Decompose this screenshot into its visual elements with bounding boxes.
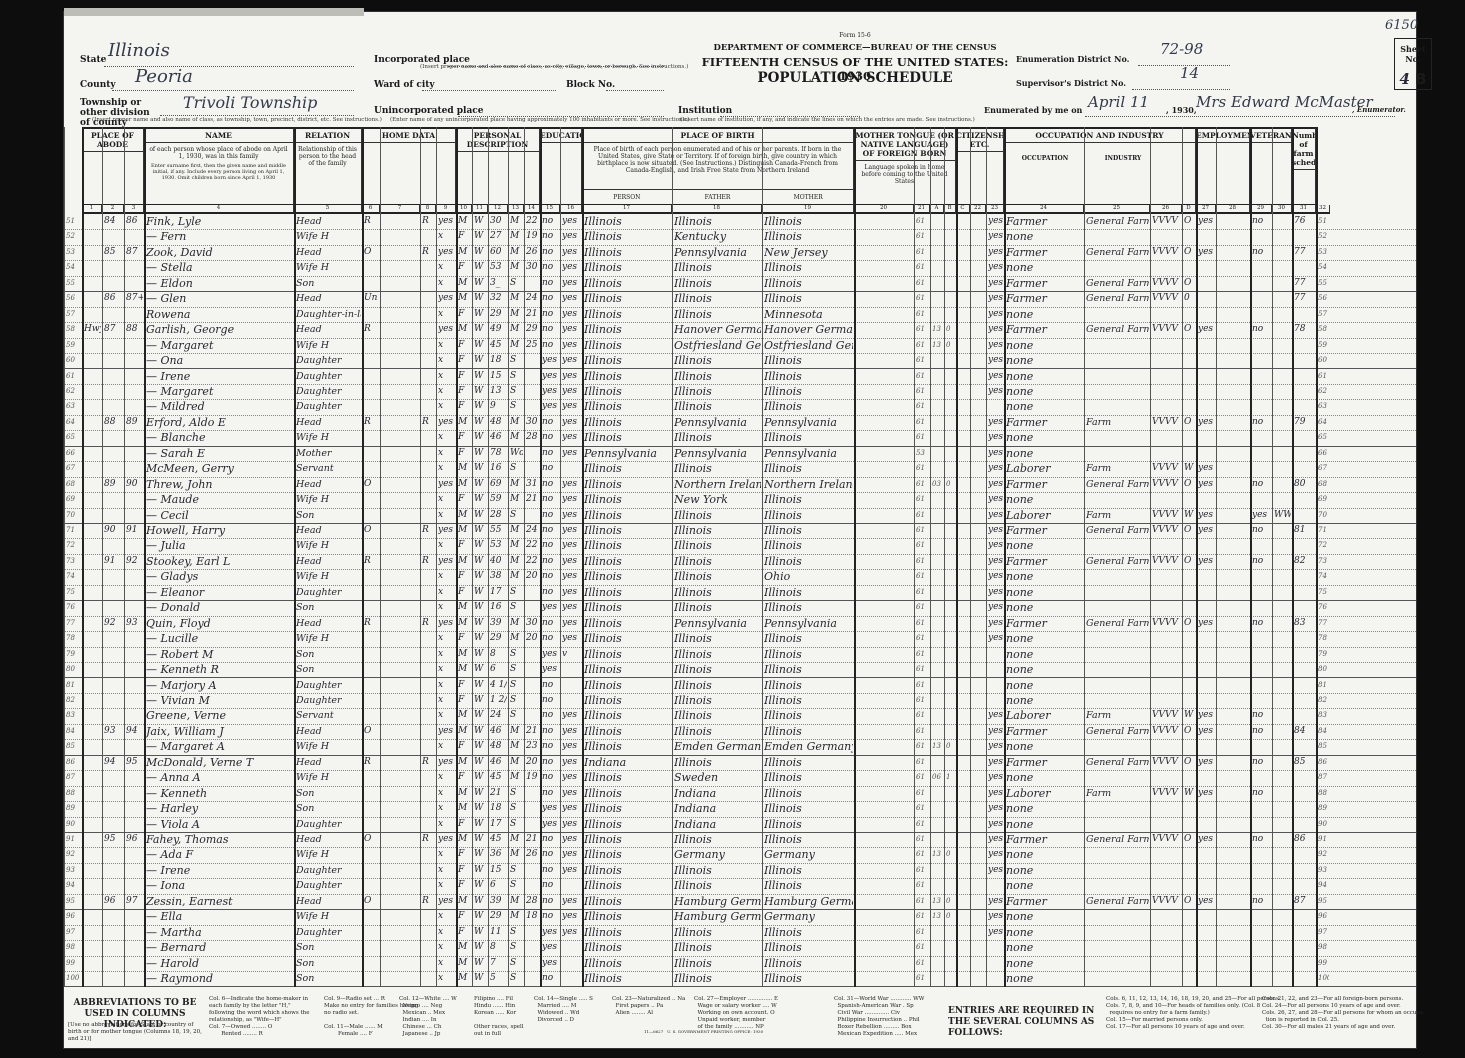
table-row[interactable]: 74— GladysWife HxFW38M20noyesIllinoisIll… (64, 569, 1416, 585)
employed-cell (1198, 369, 1215, 384)
table-row[interactable]: 83Greene, VerneServantxMW24SnoyesIllinoi… (64, 708, 1416, 724)
age-marriage-cell: 22 (526, 214, 539, 229)
tongue-cell (856, 863, 913, 878)
codeD-cell: VVVV (1152, 477, 1181, 492)
table-row[interactable]: 78— LucilleWife HxFW29M20noyesIllinoisIl… (64, 631, 1416, 647)
class-cell (1184, 600, 1195, 615)
farm-cell: x (438, 693, 455, 708)
race-cell: W (474, 940, 487, 955)
birth-cell: Illinois (584, 384, 671, 399)
sex-cell: F (458, 260, 471, 275)
table-row[interactable]: 869495McDonald, Verne THeadRRyesMW46M20n… (64, 755, 1416, 771)
tenure-cell (364, 662, 379, 677)
table-row[interactable]: 54— StellaWife HxFW53M30noyesIllinoisIll… (64, 260, 1416, 276)
mother-cell: Illinois (764, 940, 853, 955)
father-cell: Illinois (674, 647, 761, 662)
vet-war-cell (1274, 801, 1291, 816)
read-cell: yes (562, 276, 581, 291)
farm-schedule-header: Number of farm schedule (1292, 127, 1316, 205)
vet-war-cell (1274, 770, 1291, 785)
codeB-cell (932, 631, 943, 646)
age-marriage-cell (526, 353, 539, 368)
family-cell (126, 307, 143, 322)
school-cell: no (542, 878, 559, 893)
tongue-cell (856, 925, 913, 940)
english-cell: yes (988, 523, 1003, 538)
house-cell (104, 878, 123, 893)
house-cell (104, 338, 123, 353)
table-row[interactable]: 100— RaymondSonxMW5SnoIllinoisIllinoisIl… (64, 971, 1416, 987)
vet-war-cell: WW (1274, 508, 1291, 523)
table-row[interactable]: 93— IreneDaughterxFW15SnoyesIllinoisIlli… (64, 863, 1416, 879)
relation-cell: Daughter (296, 817, 361, 832)
age-marriage-cell (526, 508, 539, 523)
vet-cell: no (1252, 616, 1271, 631)
street-cell (84, 492, 101, 507)
age-marriage-cell: 22 (526, 538, 539, 553)
column-number: 18 (672, 205, 762, 214)
codeD-cell (1152, 693, 1181, 708)
table-row[interactable]: 63— MildredDaughterxFW9SyesyesIllinoisIl… (64, 399, 1416, 415)
table-row[interactable]: 59— MargaretWife HxFW45M25noyesIllinoisO… (64, 338, 1416, 354)
immig-cell (958, 477, 969, 492)
codeD-cell (1152, 662, 1181, 677)
column-divider (436, 127, 437, 987)
table-row[interactable]: 89— HarleySonxMW18SyesyesIllinoisIndiana… (64, 801, 1416, 817)
house-cell (104, 446, 123, 461)
table-row[interactable]: 779293Quin, FloydHeadRRyesMW39M30noyesIl… (64, 616, 1416, 632)
table-row[interactable]: 959697Zessin, EarnestHeadORyesMW39M28noy… (64, 894, 1416, 910)
column-number: A (930, 205, 944, 214)
birth-cell: Illinois (584, 585, 671, 600)
table-row[interactable]: 739192Stookey, Earl LHeadRRyesMW40M22noy… (64, 554, 1416, 570)
house-cell (104, 461, 123, 476)
value-cell (382, 786, 419, 801)
table-row[interactable]: 70— CecilSonxMW28SnoyesIllinoisIllinoisI… (64, 508, 1416, 524)
birth-cell: Illinois (584, 415, 671, 430)
codeD-cell (1152, 307, 1181, 322)
mother-cell: Pennsylvania (764, 415, 853, 430)
table-row[interactable]: 76— DonaldSonxMW16SyesyesIllinoisIllinoi… (64, 600, 1416, 616)
codeB-cell: 13 (932, 739, 943, 754)
industry-cell: Farm (1086, 786, 1149, 801)
age-cell: 29 (490, 307, 507, 322)
name-cell: — Iona (146, 878, 293, 893)
tongue-cell (856, 878, 913, 893)
street-cell (84, 353, 101, 368)
value-cell (382, 415, 419, 430)
street-cell (84, 693, 101, 708)
employed-cell (1198, 956, 1215, 971)
mother-cell: Illinois (764, 801, 853, 816)
occupation-cell: none (1006, 647, 1083, 662)
tenure-cell (364, 631, 379, 646)
table-row[interactable]: 69— MaudeWife HxFW59M21noyesIllinoisNew … (64, 492, 1416, 508)
read-cell: yes (562, 384, 581, 399)
mother-cell: Illinois (764, 693, 853, 708)
line-number: 58 (66, 322, 81, 337)
industry-cell (1086, 878, 1149, 893)
table-row[interactable]: 66— Sarah EMotherxFW78WdnoyesPennsylvani… (64, 446, 1416, 462)
mother-cell: Illinois (764, 971, 853, 986)
immig-cell (958, 863, 969, 878)
marital-cell: S (510, 508, 523, 523)
house-cell: 85 (104, 245, 123, 260)
school-cell: no (542, 260, 559, 275)
house-cell (104, 678, 123, 693)
table-row[interactable]: 919596Fahey, ThomasHeadORyesMW45M21noyes… (64, 832, 1416, 848)
line-number: 76 (1318, 600, 1329, 615)
tongue-cell (856, 662, 913, 677)
sex-cell: F (458, 847, 471, 862)
table-row[interactable]: 97— MarthaDaughterxFW11SyesyesIllinoisIl… (64, 925, 1416, 941)
natur-cell (972, 245, 985, 260)
mother-cell: Illinois (764, 925, 853, 940)
tongue-cell (856, 338, 913, 353)
tenure-cell: O (364, 724, 379, 739)
codeB-cell (932, 461, 943, 476)
marital-cell: Wd (510, 446, 523, 461)
age-marriage-cell (526, 662, 539, 677)
mother-cell: Illinois (764, 770, 853, 785)
age-marriage-cell: 22 (526, 554, 539, 569)
industry-cell (1086, 647, 1149, 662)
table-row[interactable]: 57RowenaDaughter-in-lawxFW29M21noyesIlli… (64, 307, 1416, 323)
tenure-cell (364, 647, 379, 662)
column-number: 5 (294, 205, 362, 214)
school-cell: yes (542, 600, 559, 615)
father-cell: Illinois (674, 214, 761, 229)
tongue-cell (856, 538, 913, 553)
relation-cell: Daughter (296, 353, 361, 368)
occupation-cell: none (1006, 817, 1083, 832)
father-cell: Hanover Germany (674, 322, 761, 337)
line-number: 97 (66, 925, 81, 940)
immig-cell (958, 847, 969, 862)
table-row[interactable]: 538587Zook, DavidHeadORyesMW60M26noyesIl… (64, 245, 1416, 261)
marital-cell: S (510, 801, 523, 816)
column-divider (986, 127, 987, 987)
marital-cell: S (510, 971, 523, 986)
natur-cell (972, 260, 985, 275)
sex-cell: M (458, 291, 471, 306)
school-cell: yes (542, 801, 559, 816)
codeD-cell (1152, 446, 1181, 461)
radio-cell (422, 461, 435, 476)
table-row[interactable]: 99— HaroldSonxMW7SyesIllinoisIllinoisIll… (64, 956, 1416, 972)
tongue-cell (856, 415, 913, 430)
codeB-cell (932, 616, 943, 631)
mother-cell: Minnesota (764, 307, 853, 322)
table-row[interactable]: 58Hwy-12-8788Garlish, GeorgeHeadRyesMW49… (64, 322, 1416, 338)
codeA-cell: 61 (916, 708, 929, 723)
father-cell: Illinois (674, 832, 761, 847)
farm-cell: x (438, 430, 455, 445)
employed-cell (1198, 446, 1215, 461)
table-row[interactable]: 90— Viola ADaughterxFW17SyesyesIllinoisI… (64, 817, 1416, 833)
vet-war-cell (1274, 523, 1291, 538)
school-cell: no (542, 832, 559, 847)
marital-cell: M (510, 832, 523, 847)
table-row[interactable]: 80— Kenneth RSonxMW6SyesIllinoisIllinois… (64, 662, 1416, 678)
column-number: 26 (1150, 205, 1182, 214)
vet-war-cell (1274, 353, 1291, 368)
radio-cell (422, 492, 435, 507)
birth-cell: Illinois (584, 214, 671, 229)
table-row[interactable]: 81— Marjory ADaughterxFW4 1/12SnoIllinoi… (64, 678, 1416, 694)
line-number: 71 (66, 523, 81, 538)
table-row[interactable]: 62— MargaretDaughterxFW13SyesyesIllinois… (64, 384, 1416, 400)
line-number: 53 (1318, 245, 1329, 260)
class-cell: O (1184, 276, 1195, 291)
table-row[interactable]: 92— Ada FWife HxFW36M26noyesIllinoisGerm… (64, 847, 1416, 863)
age-cell: 49 (490, 322, 507, 337)
codeA-cell: 61 (916, 291, 929, 306)
race-cell: W (474, 399, 487, 414)
age-marriage-cell (526, 971, 539, 986)
immig-cell (958, 940, 969, 955)
value-cell (382, 492, 419, 507)
immig-cell (958, 801, 969, 816)
mother-cell: Ostfriesland Germany (764, 338, 853, 353)
line-number: 74 (66, 569, 81, 584)
sex-cell: F (458, 353, 471, 368)
family-cell: 92 (126, 554, 143, 569)
table-row[interactable]: 75— EleanorDaughterxFW17SnoyesIllinoisIl… (64, 585, 1416, 601)
birth-cell: Illinois (584, 817, 671, 832)
codeD-cell (1152, 600, 1181, 615)
relation-cell: Son (296, 971, 361, 986)
street-cell (84, 229, 101, 244)
line-number: 65 (66, 430, 81, 445)
occupation-cell: Farmer (1006, 276, 1083, 291)
industry-cell (1086, 260, 1149, 275)
marital-cell: M (510, 229, 523, 244)
race-cell: W (474, 477, 487, 492)
farm-no-cell: 77 (1294, 245, 1315, 260)
immig-cell (958, 461, 969, 476)
table-row[interactable]: 61— IreneDaughterxFW15SyesyesIllinoisIll… (64, 369, 1416, 385)
natur-cell (972, 770, 985, 785)
relation-cell: Daughter (296, 678, 361, 693)
vet-war-cell (1274, 863, 1291, 878)
immig-cell (958, 245, 969, 260)
marital-cell: M (510, 214, 523, 229)
name-cell: — Harley (146, 801, 293, 816)
table-row[interactable]: 65— BlancheWife HxFW46M28noyesIllinoisIl… (64, 430, 1416, 446)
class-cell (1184, 956, 1195, 971)
sex-cell: F (458, 631, 471, 646)
table-row[interactable]: 98— BernardSonxMW8SyesIllinoisIllinoisIl… (64, 940, 1416, 956)
table-row[interactable]: 849394Jaix, William JHeadOyesMW46M21noye… (64, 724, 1416, 740)
mother-cell: Ohio (764, 569, 853, 584)
table-row[interactable]: 60— OnaDaughterxFW18SyesyesIllinoisIllin… (64, 353, 1416, 369)
relation-cell: Daughter (296, 585, 361, 600)
table-row[interactable]: 79— Robert MSonxMW8SyesvIllinoisIllinois… (64, 647, 1416, 663)
age-cell: 48 (490, 415, 507, 430)
marital-cell: S (510, 662, 523, 677)
codeD-cell (1152, 229, 1181, 244)
radio-cell (422, 971, 435, 986)
family-cell (126, 739, 143, 754)
codeD-cell (1152, 925, 1181, 940)
line-number: 54 (1318, 260, 1329, 275)
house-cell (104, 229, 123, 244)
tongue-cell (856, 940, 913, 955)
codeD-cell (1152, 492, 1181, 507)
school-cell: yes (542, 353, 559, 368)
street-cell (84, 260, 101, 275)
industry-cell: Farm (1086, 508, 1149, 523)
vet-cell: no (1252, 708, 1271, 723)
english-cell: yes (988, 492, 1003, 507)
natur-cell (972, 508, 985, 523)
father-cell: Illinois (674, 461, 761, 476)
tenure-cell (364, 276, 379, 291)
column-number: 19 (762, 205, 854, 214)
street-cell (84, 878, 101, 893)
codeC-cell (946, 678, 955, 693)
age-cell: 1 2/12 (490, 693, 507, 708)
table-row[interactable]: 82— Vivian MDaughterxFW1 2/12SnoIllinois… (64, 693, 1416, 709)
age-marriage-cell: 24 (526, 291, 539, 306)
table-row[interactable]: 72— JuliaWife HxFW53M22noyesIllinoisIlli… (64, 538, 1416, 554)
age-marriage-cell (526, 369, 539, 384)
name-cell: — Irene (146, 369, 293, 384)
school-cell: no (542, 631, 559, 646)
age-marriage-cell (526, 585, 539, 600)
school-cell: no (542, 229, 559, 244)
immig-cell (958, 508, 969, 523)
school-cell: no (542, 307, 559, 322)
codeB-cell (932, 662, 943, 677)
farm-no-cell (1294, 508, 1315, 523)
value-cell (382, 446, 419, 461)
street-cell (84, 415, 101, 430)
read-cell: yes (562, 229, 581, 244)
age-marriage-cell (526, 647, 539, 662)
codeD-cell (1152, 338, 1181, 353)
table-row[interactable]: 85— Margaret AWife HxFW48M23noyesIllinoi… (64, 739, 1416, 755)
race-cell: W (474, 616, 487, 631)
school-cell: no (542, 492, 559, 507)
sex-cell: M (458, 554, 471, 569)
line-number: 87 (1318, 770, 1329, 785)
father-cell: Germany (674, 847, 761, 862)
relation-cell: Head (296, 894, 361, 909)
codeC-cell (946, 925, 955, 940)
birth-cell: Illinois (584, 678, 671, 693)
immig-cell (958, 554, 969, 569)
table-row[interactable]: 94— IonaDaughterxFW6SnoIllinoisIllinoisI… (64, 878, 1416, 894)
father-cell: Illinois (674, 724, 761, 739)
class-cell (1184, 631, 1195, 646)
english-cell: yes (988, 739, 1003, 754)
column-number: 21 (914, 205, 930, 214)
read-cell: yes (562, 492, 581, 507)
table-row[interactable]: 688990Threw, JohnHeadOyesMW69M31noyesIll… (64, 477, 1416, 493)
codeA-cell: 61 (916, 276, 929, 291)
veterans-header: VETERANS (1250, 127, 1292, 205)
english-cell (988, 399, 1003, 414)
employed-cell (1198, 384, 1215, 399)
tongue-cell (856, 369, 913, 384)
radio-cell (422, 291, 435, 306)
table-row[interactable]: 88— KennethSonxMW21SnoyesIllinoisIndiana… (64, 786, 1416, 802)
name-cell: McDonald, Verne T (146, 755, 293, 770)
birth-cell: Illinois (584, 693, 671, 708)
codeA-cell: 61 (916, 940, 929, 955)
industry-cell (1086, 585, 1149, 600)
line-number: 98 (66, 940, 81, 955)
vet-cell (1252, 662, 1271, 677)
table-row[interactable]: 568687+— GlenHeadUnyesMW32M24noyesIllino… (64, 291, 1416, 307)
name-cell: Howell, Harry (146, 523, 293, 538)
codeA-cell: 61 (916, 369, 929, 384)
codeB-cell (932, 600, 943, 615)
farm-cell: yes (438, 724, 455, 739)
column-divider (956, 127, 958, 987)
table-row[interactable]: 55— EldonSonxMW3_SnoyesIllinoisIllinoisI… (64, 276, 1416, 292)
relation-cell: Daughter (296, 863, 361, 878)
natur-cell (972, 863, 985, 878)
table-row[interactable]: 648889Erford, Aldo EHeadRRyesMW48M30noye… (64, 415, 1416, 431)
read-cell: yes (562, 446, 581, 461)
street-cell (84, 616, 101, 631)
occupation-cell: Farmer (1006, 322, 1083, 337)
table-row[interactable]: 67McMeen, GerryServantxMW16SnoIllinoisIl… (64, 461, 1416, 477)
column-number: 12 (488, 205, 508, 214)
father-cell: Illinois (674, 971, 761, 986)
race-cell: W (474, 245, 487, 260)
natur-cell (972, 214, 985, 229)
tenure-cell: O (364, 477, 379, 492)
birth-cell: Illinois (584, 708, 671, 723)
english-cell: yes (988, 369, 1003, 384)
table-row[interactable]: 518486Fink, LyleHeadRRyesMW30M22noyesIll… (64, 214, 1416, 230)
table-row[interactable]: 87— Anna AWife HxFW45M19noyesIllinoisSwe… (64, 770, 1416, 786)
farm-cell: x (438, 739, 455, 754)
father-cell: Indiana (674, 801, 761, 816)
codeA-cell: 61 (916, 755, 929, 770)
farm-no-cell: 81 (1294, 523, 1315, 538)
street-cell (84, 832, 101, 847)
race-cell: W (474, 508, 487, 523)
immig-cell (958, 585, 969, 600)
table-row[interactable]: 96— EllaWife HxFW29M18noyesIllinoisHambu… (64, 909, 1416, 925)
vet-war-cell (1274, 708, 1291, 723)
column-divider (144, 127, 146, 987)
tenure-cell (364, 817, 379, 832)
race-cell: W (474, 878, 487, 893)
table-row[interactable]: 52— FernWife HxFW27M19noyesIllinoisKentu… (64, 229, 1416, 245)
codeB-cell (932, 755, 943, 770)
industry-cell (1086, 693, 1149, 708)
house-cell (104, 693, 123, 708)
tongue-cell (856, 631, 913, 646)
farm-cell: x (438, 353, 455, 368)
table-row[interactable]: 719091Howell, HarryHeadORyesMW55M24noyes… (64, 523, 1416, 539)
vet-war-cell (1274, 894, 1291, 909)
column-number: 4 (144, 205, 294, 214)
read-cell: v (562, 647, 581, 662)
vet-cell (1252, 229, 1271, 244)
codeD-cell (1152, 909, 1181, 924)
race-cell: W (474, 631, 487, 646)
natur-cell (972, 523, 985, 538)
mother-cell: Illinois (764, 353, 853, 368)
relation-cell: Head (296, 616, 361, 631)
